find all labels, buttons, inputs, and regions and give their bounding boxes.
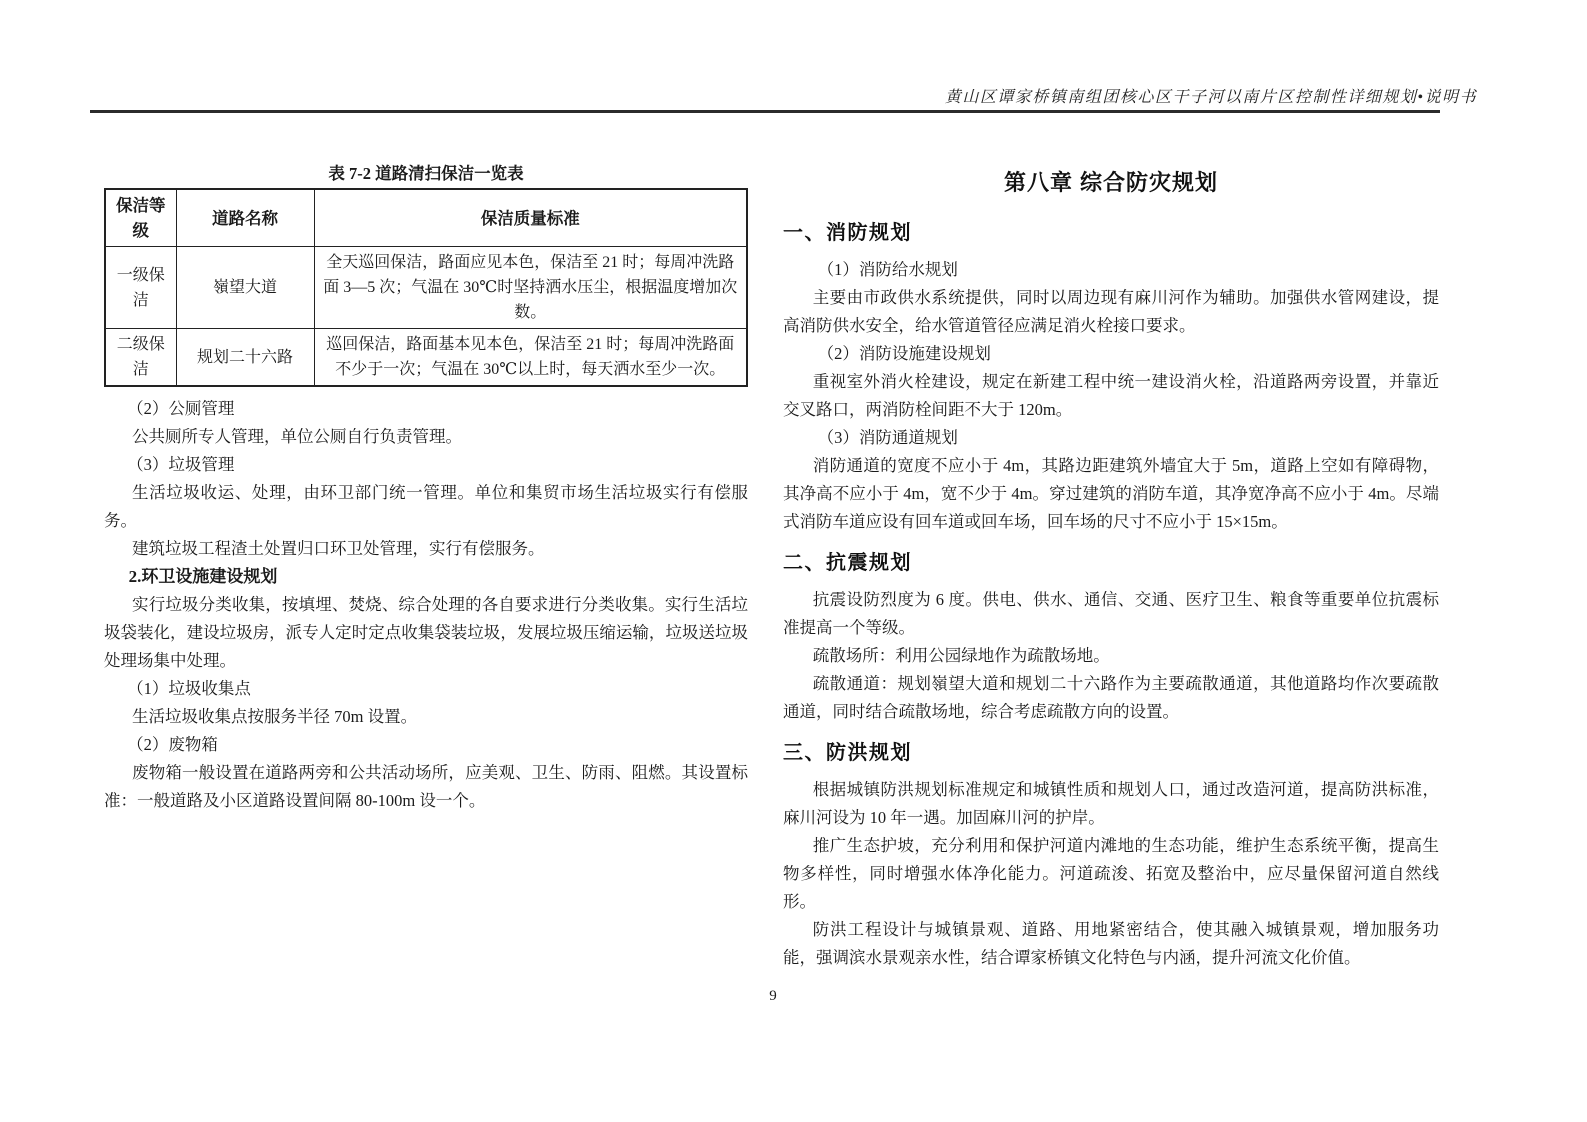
table-header-row: 保洁等级 道路名称 保洁质量标准 bbox=[105, 189, 747, 247]
paragraph: 公共厕所专人管理，单位公厕自行负责管理。 bbox=[104, 423, 748, 451]
subheading-toilet-mgmt: （2）公厕管理 bbox=[104, 395, 748, 423]
col-header-standard: 保洁质量标准 bbox=[314, 189, 747, 247]
cell-grade: 一级保洁 bbox=[105, 247, 176, 329]
subheading-fire-water: （1）消防给水规划 bbox=[783, 256, 1439, 284]
paragraph: 生活垃圾收运、处理，由环卫部门统一管理。单位和集贸市场生活垃圾实行有偿服务。 bbox=[104, 479, 748, 535]
subheading-fire-lane: （3）消防通道规划 bbox=[783, 424, 1439, 452]
paragraph: 生活垃圾收集点按服务半径 70m 设置。 bbox=[104, 703, 748, 731]
section-earthquake-planning: 二、抗震规划 抗震设防烈度为 6 度。供电、供水、通信、交通、医疗卫生、粮食等重… bbox=[783, 550, 1439, 726]
chapter-title: 第八章 综合防灾规划 bbox=[783, 166, 1439, 200]
cell-road: 规划二十六路 bbox=[176, 329, 314, 387]
paragraph: 主要由市政供水系统提供，同时以周边现有麻川河作为辅助。加强供水管网建设，提高消防… bbox=[783, 284, 1439, 340]
subheading-garbage-mgmt: （3）垃圾管理 bbox=[104, 451, 748, 479]
section-heading: 二、抗震规划 bbox=[783, 550, 1439, 576]
page-number: 9 bbox=[0, 988, 1546, 1005]
subheading-waste-bins: （2）废物箱 bbox=[104, 731, 748, 759]
paragraph: 重视室外消火栓建设，规定在新建工程中统一建设消火栓，沿道路两旁设置，并靠近交叉路… bbox=[783, 368, 1439, 424]
paragraph: 建筑垃圾工程渣土处置归口环卫处管理，实行有偿服务。 bbox=[104, 535, 748, 563]
road-cleaning-table: 保洁等级 道路名称 保洁质量标准 一级保洁 嶺望大道 全天巡回保洁，路面应见本色… bbox=[104, 188, 748, 387]
cell-standard: 全天巡回保洁，路面应见本色，保洁至 21 时；每周冲洗路面 3—5 次；气温在 … bbox=[314, 247, 747, 329]
paragraph: 消防通道的宽度不应小于 4m，其路边距建筑外墙宜大于 5m，道路上空如有障碍物，… bbox=[783, 452, 1439, 536]
section-flood-planning: 三、防洪规划 根据城镇防洪规划标准规定和城镇性质和规划人口，通过改造河道，提高防… bbox=[783, 740, 1439, 972]
col-header-road: 道路名称 bbox=[176, 189, 314, 247]
paragraph: 废物箱一般设置在道路两旁和公共活动场所，应美观、卫生、防雨、阻燃。其设置标准：一… bbox=[104, 759, 748, 815]
subheading-fire-facility: （2）消防设施建设规划 bbox=[783, 340, 1439, 368]
table-row: 一级保洁 嶺望大道 全天巡回保洁，路面应见本色，保洁至 21 时；每周冲洗路面 … bbox=[105, 247, 747, 329]
cell-standard: 巡回保洁，路面基本见本色，保洁至 21 时；每周冲洗路面不少于一次；气温在 30… bbox=[314, 329, 747, 387]
col-header-grade: 保洁等级 bbox=[105, 189, 176, 247]
left-column: 表 7-2 道路清扫保洁一览表 保洁等级 道路名称 保洁质量标准 一级保洁 嶺望… bbox=[104, 163, 748, 815]
running-head: 黄山区谭家桥镇南组团核心区干子河以南片区控制性详细规划•说明书 bbox=[0, 84, 1477, 107]
paragraph: 防洪工程设计与城镇景观、道路、用地紧密结合，使其融入城镇景观，增加服务功能，强调… bbox=[783, 916, 1439, 972]
section-heading: 三、防洪规划 bbox=[783, 740, 1439, 766]
table-row: 二级保洁 规划二十六路 巡回保洁，路面基本见本色，保洁至 21 时；每周冲洗路面… bbox=[105, 329, 747, 387]
paragraph: 推广生态护坡，充分利用和保护河道内滩地的生态功能，维护生态系统平衡，提高生物多样… bbox=[783, 832, 1439, 916]
cell-road: 嶺望大道 bbox=[176, 247, 314, 329]
table-title: 表 7-2 道路清扫保洁一览表 bbox=[104, 163, 748, 185]
paragraph: 根据城镇防洪规划标准规定和城镇性质和规划人口，通过改造河道，提高防洪标准，麻川河… bbox=[783, 776, 1439, 832]
paragraph: 抗震设防烈度为 6 度。供电、供水、通信、交通、医疗卫生、粮食等重要单位抗震标准… bbox=[783, 586, 1439, 642]
subheading-collection-points: （1）垃圾收集点 bbox=[104, 675, 748, 703]
subsection-sanitation-facilities: 2.环卫设施建设规划 bbox=[104, 563, 748, 591]
section-heading: 一、消防规划 bbox=[783, 220, 1439, 246]
paragraph: 实行垃圾分类收集，按填埋、焚烧、综合处理的各自要求进行分类收集。实行生活垃圾袋装… bbox=[104, 591, 748, 675]
paragraph: 疏散场所：利用公园绿地作为疏散场地。 bbox=[783, 642, 1439, 670]
cell-grade: 二级保洁 bbox=[105, 329, 176, 387]
section-fire-planning: 一、消防规划 （1）消防给水规划 主要由市政供水系统提供，同时以周边现有麻川河作… bbox=[783, 220, 1439, 536]
paragraph: 疏散通道：规划嶺望大道和规划二十六路作为主要疏散通道，其他道路均作次要疏散通道，… bbox=[783, 670, 1439, 726]
header-rule bbox=[90, 110, 1440, 113]
right-column: 第八章 综合防灾规划 一、消防规划 （1）消防给水规划 主要由市政供水系统提供，… bbox=[783, 166, 1439, 972]
